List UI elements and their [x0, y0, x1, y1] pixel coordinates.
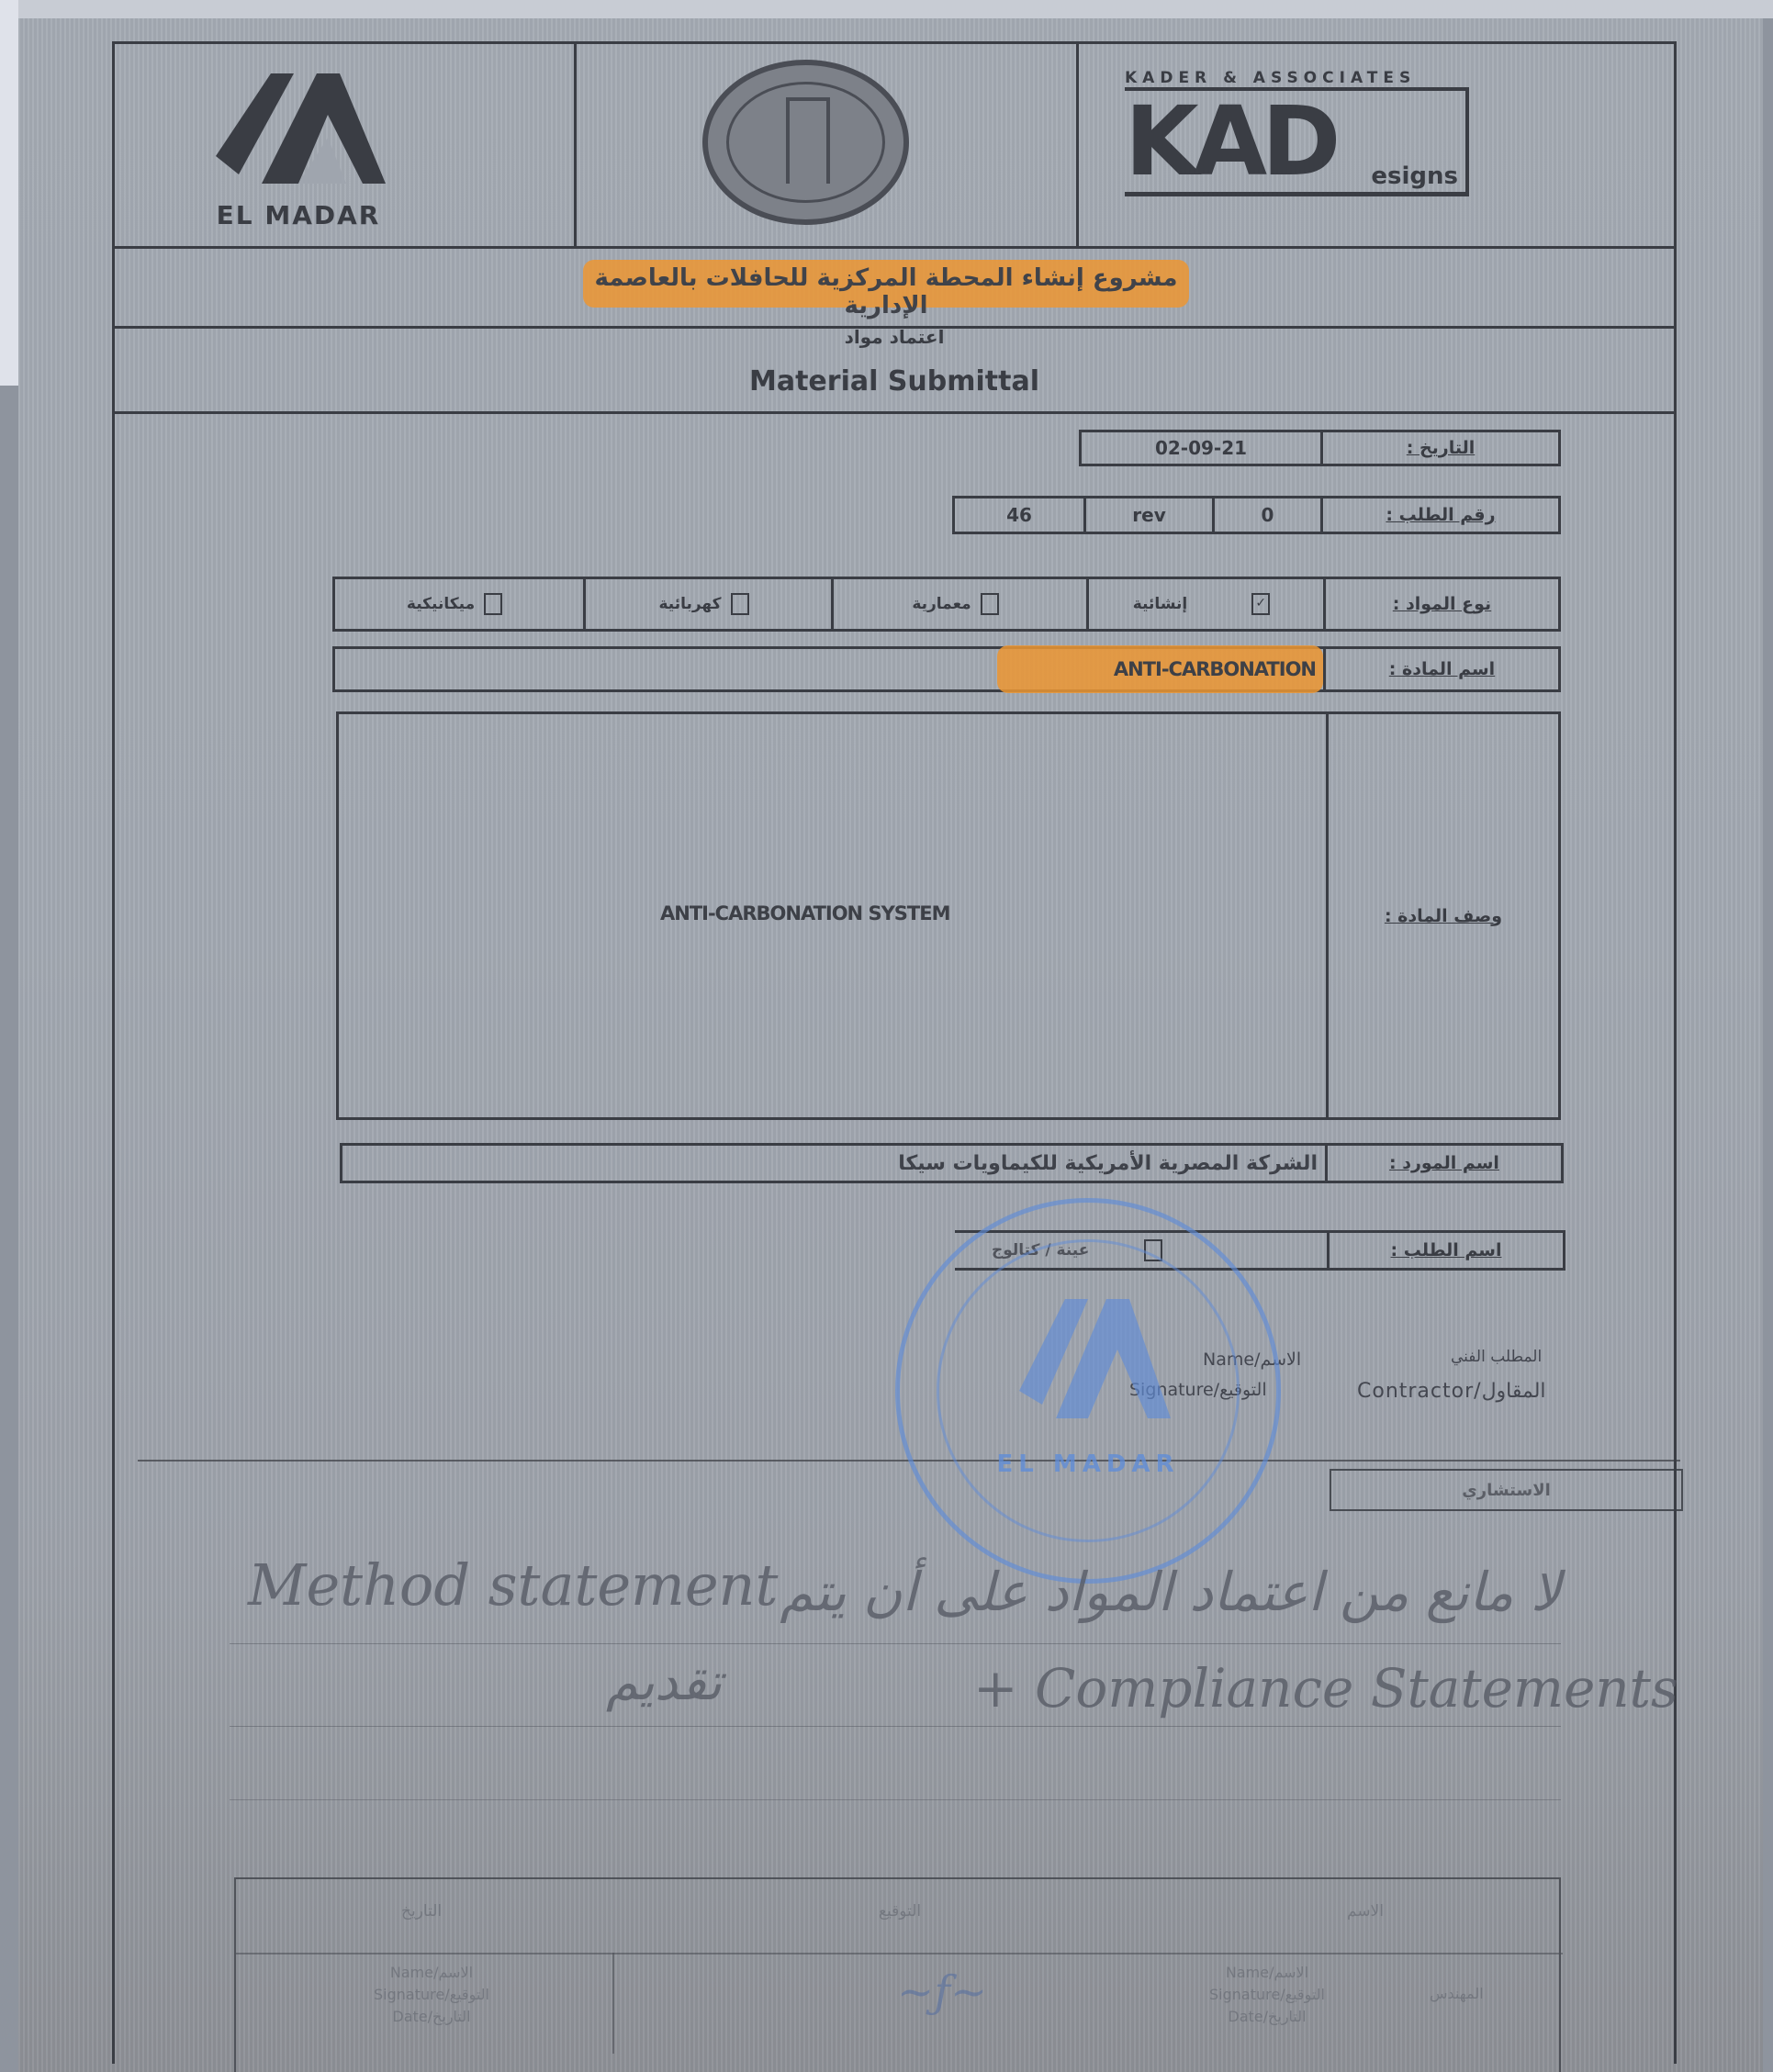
request-number-label-cell: رقم الطلب :: [1320, 498, 1558, 532]
photo-background-top: [0, 0, 1773, 18]
handwritten-note-ar-1: لا مانع من اعتماد المواد على أن يتم: [698, 1561, 1561, 1623]
material-type-option-architectural[interactable]: معمارية: [831, 579, 1086, 629]
contractor-label: Contractor/المقاول: [1357, 1380, 1546, 1403]
material-name-label: اسم المادة :: [1389, 659, 1495, 679]
material-name-row: ANTI-CARBONATION اسم المادة :: [332, 646, 1561, 692]
ruled-line: [230, 1643, 1561, 1644]
supplier-label: اسم المورد :: [1389, 1153, 1499, 1173]
government-seal-icon: [702, 60, 909, 225]
divider: [1076, 44, 1079, 246]
checkbox-architectural[interactable]: [981, 593, 999, 615]
bottom-left-block: Name/الاسم Signature/التوقيع Date/التاري…: [374, 1962, 489, 2028]
divider: [574, 44, 577, 246]
right-name-label: Name/الاسم: [1209, 1962, 1325, 1984]
bottom-signature-scribble: ~ƒ~: [897, 1966, 987, 2018]
right-signature-label: Signature/التوقيع: [1209, 1984, 1325, 2006]
date-label-cell: التاريخ :: [1320, 432, 1558, 464]
material-type-option-structural[interactable]: ✓ إنشائية: [1086, 579, 1323, 629]
handwritten-note-en-2: + Compliance Statements: [973, 1657, 1678, 1719]
stamp-logo-icon: [1010, 1290, 1175, 1428]
el-madar-logo-icon: [207, 64, 390, 193]
revision-label: rev: [1083, 498, 1212, 532]
handwritten-note-ar-2: تقديم: [606, 1652, 722, 1712]
option-label: معمارية: [912, 595, 971, 613]
supplier-label-cell: اسم المورد :: [1325, 1146, 1561, 1181]
request-number-label: رقم الطلب :: [1386, 505, 1495, 525]
left-name-label: Name/الاسم: [374, 1962, 489, 1984]
el-madar-logo-text: EL MADAR: [207, 200, 390, 230]
request-number-value: 46: [955, 498, 1083, 532]
divider: [115, 246, 1674, 249]
revision-value: 0: [1212, 498, 1320, 532]
material-type-label-cell: نوع المواد :: [1323, 579, 1558, 629]
material-description-box: ANTI-CARBONATION SYSTEM وصف المادة :: [336, 711, 1561, 1120]
ruled-line: [230, 1799, 1561, 1800]
kad-logo-suffix: esigns: [1371, 162, 1458, 190]
bottom-right-block: Name/الاسم Signature/التوقيع Date/التاري…: [1209, 1962, 1325, 2028]
material-type-option-electrical[interactable]: كهربائية: [583, 579, 831, 629]
option-label: إنشائية: [1133, 595, 1188, 613]
kad-logo-main: KAD: [1125, 85, 1335, 197]
option-label: ميكانيكية: [407, 595, 475, 613]
supplier-row: الشركة المصرية الأمريكية للكيماويات سيكا…: [340, 1143, 1564, 1183]
material-description-cell: ANTI-CARBONATION SYSTEM: [339, 714, 1326, 1117]
consultant-label: الاستشاري: [1331, 1471, 1681, 1509]
right-date-label: Date/التاريخ: [1209, 2006, 1325, 2028]
material-name-cell: ANTI-CARBONATION: [335, 649, 1323, 689]
option-label: كهربائية: [658, 595, 721, 613]
kad-designs-logo: KADER & ASSOCIATES KAD esigns: [1125, 69, 1469, 207]
request-number-row: 46 rev 0 رقم الطلب :: [952, 496, 1561, 534]
material-name-value: ANTI-CARBONATION: [1114, 658, 1316, 680]
material-description-label-cell: وصف المادة :: [1326, 714, 1558, 1117]
form-title-arabic: اعتماد مواد: [115, 326, 1674, 348]
date-value: 02-09-21: [1082, 432, 1320, 464]
request-name-label: اسم الطلب :: [1391, 1240, 1502, 1260]
checkbox-mechanical[interactable]: [484, 593, 502, 615]
request-name-label-cell: اسم الطلب :: [1327, 1233, 1563, 1268]
stamp-text: EL MADAR: [900, 1450, 1276, 1478]
material-type-label: نوع المواد :: [1393, 594, 1491, 614]
date-label: التاريخ :: [1407, 438, 1476, 458]
photo-background-left: [0, 0, 18, 386]
material-name-label-cell: اسم المادة :: [1323, 649, 1558, 689]
ruled-line: [230, 1726, 1561, 1727]
divider: [612, 1953, 614, 2054]
left-date-label: Date/التاريخ: [374, 2006, 489, 2028]
form-title: Material Submittal: [115, 365, 1674, 398]
bottom-right-role: المهندس: [1430, 1985, 1484, 2002]
material-description-label: وصف المادة :: [1385, 906, 1502, 926]
date-row: 02-09-21 التاريخ :: [1079, 430, 1561, 466]
material-type-option-mechanical[interactable]: ميكانيكية: [335, 579, 583, 629]
company-stamp: EL MADAR: [895, 1198, 1281, 1584]
project-title: مشروع إنشاء المحطة المركزية للحافلات بال…: [569, 264, 1203, 319]
checkbox-structural-checked[interactable]: ✓: [1251, 593, 1270, 615]
material-description-value: ANTI-CARBONATION SYSTEM: [660, 902, 949, 924]
supplier-value: الشركة المصرية الأمريكية للكيماويات سيكا: [898, 1152, 1318, 1175]
bottom-col-date: التاريخ: [401, 1902, 442, 1921]
divider: [115, 411, 1674, 414]
contractor-block-title: المطلب الفني: [1451, 1348, 1542, 1366]
checkbox-electrical[interactable]: [731, 593, 749, 615]
bottom-col-name: الاسم: [1347, 1902, 1384, 1921]
bottom-signature-table: التاريخ التوقيع الاسم Name/الاسم Signatu…: [234, 1877, 1561, 2072]
bottom-col-signature: التوقيع: [879, 1902, 921, 1921]
supplier-value-cell: الشركة المصرية الأمريكية للكيماويات سيكا: [342, 1146, 1325, 1181]
divider: [236, 1953, 1563, 1954]
material-type-row: ميكانيكية كهربائية معمارية ✓ إنشائية نوع…: [332, 577, 1561, 632]
left-signature-label: Signature/التوقيع: [374, 1984, 489, 2006]
consultant-label-box: الاستشاري: [1330, 1469, 1683, 1511]
el-madar-logo: EL MADAR: [207, 64, 390, 234]
